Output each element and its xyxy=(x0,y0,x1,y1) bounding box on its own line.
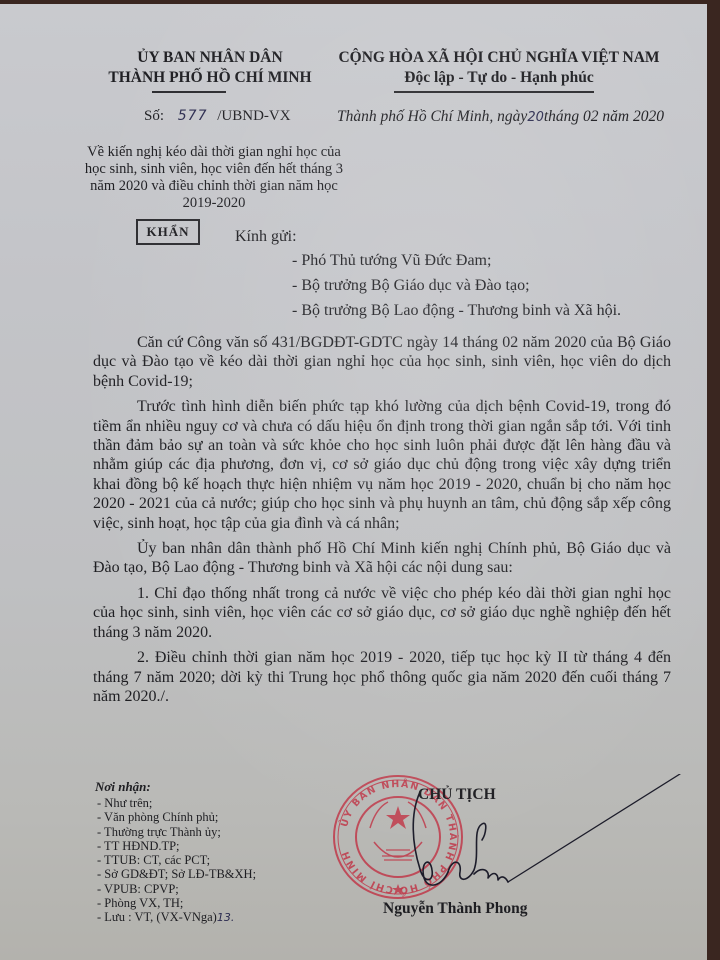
document-subject: Về kiến nghị kéo dài thời gian nghỉ học … xyxy=(82,144,346,212)
body-paragraph-item-1: 1. Chỉ đạo thống nhất trong cả nước về v… xyxy=(93,584,671,642)
recipient-item: - Phó Thủ tướng Vũ Đức Đam; xyxy=(292,248,621,273)
cc-item: - Sở GD&ĐT; Sở LĐ-TB&XH; xyxy=(97,867,256,881)
body-paragraph: Căn cứ Công văn số 431/BGDĐT-GDTC ngày 1… xyxy=(93,333,671,391)
document-number: Số: 577 /UBND-VX xyxy=(144,108,291,125)
document-number-handwritten: 577 xyxy=(178,108,208,124)
recipient-item: - Bộ trưởng Bộ Lao động - Thương binh và… xyxy=(292,298,621,323)
cc-item: - Phòng VX, TH; xyxy=(97,896,256,910)
body-paragraph: Ủy ban nhân dân thành phố Hồ Chí Minh ki… xyxy=(93,539,671,578)
motto-underline xyxy=(394,91,594,93)
body-paragraph: Trước tình hình diễn biến phức tạp khó l… xyxy=(93,397,671,533)
document-number-label: Số: xyxy=(144,108,164,124)
cc-item: - Thường trực Thành ủy; xyxy=(97,825,256,839)
body-paragraph-item-2: 2. Điều chỉnh thời gian năm học 2019 - 2… xyxy=(93,648,671,706)
document-page: ỦY BAN NHÂN DÂN THÀNH PHỐ HỒ CHÍ MINH CỘ… xyxy=(0,4,707,960)
national-title: CỘNG HÒA XÃ HỘI CHỦ NGHĨA VIỆT NAM xyxy=(322,48,676,68)
urgent-stamp: KHẨN xyxy=(136,219,200,245)
recipients-list: - Phó Thủ tướng Vũ Đức Đam; - Bộ trưởng … xyxy=(292,248,621,323)
cc-item: - Văn phòng Chính phủ; xyxy=(97,810,256,824)
national-header: CỘNG HÒA XÃ HỘI CHỦ NGHĨA VIỆT NAM Độc l… xyxy=(322,48,676,88)
issuer-underline xyxy=(152,91,226,93)
document-number-suffix: /UBND-VX xyxy=(217,108,290,124)
cc-item: - Lưu : VT, (VX-VNga)13. xyxy=(97,910,256,925)
signer-name: Nguyễn Thành Phong xyxy=(383,900,527,918)
place-date-suffix: tháng 02 năm 2020 xyxy=(544,108,664,125)
place-date: Thành phố Hồ Chí Minh, ngày20tháng 02 nă… xyxy=(337,108,664,126)
cc-item: - VPUB: CPVP; xyxy=(97,882,256,896)
cc-item-text: - Lưu : VT, (VX-VNga) xyxy=(97,910,217,924)
signature-title: CHỦ TỊCH xyxy=(418,786,496,804)
recipient-item: - Bộ trưởng Bộ Giáo dục và Đào tạo; xyxy=(292,273,621,298)
document-body: Căn cứ Công văn số 431/BGDĐT-GDTC ngày 1… xyxy=(93,333,671,712)
cc-item: - Như trên; xyxy=(97,796,256,810)
place-date-day: 20 xyxy=(527,110,544,125)
issuer-header: ỦY BAN NHÂN DÂN THÀNH PHỐ HỒ CHÍ MINH xyxy=(90,48,330,88)
cc-title: Nơi nhận: xyxy=(95,779,151,795)
place-date-prefix: Thành phố Hồ Chí Minh, ngày xyxy=(337,108,527,125)
issuer-line-1: ỦY BAN NHÂN DÂN xyxy=(90,48,330,68)
cc-list: - Như trên; - Văn phòng Chính phủ; - Thư… xyxy=(97,796,256,926)
cc-item: - TTUB: CT, các PCT; xyxy=(97,853,256,867)
issuer-line-2: THÀNH PHỐ HỒ CHÍ MINH xyxy=(90,68,330,88)
national-motto: Độc lập - Tự do - Hạnh phúc xyxy=(322,68,676,88)
cc-item: - TT HĐND.TP; xyxy=(97,839,256,853)
greeting: Kính gửi: xyxy=(235,228,297,246)
cc-item-handwritten: 13. xyxy=(217,911,235,924)
